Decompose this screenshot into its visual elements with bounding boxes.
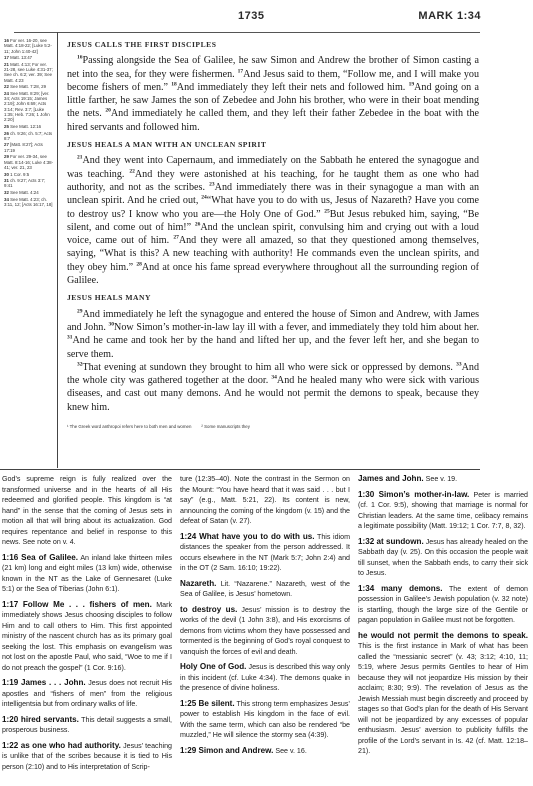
study-note: 1:34 many demons. The extent of demon po… — [358, 584, 528, 626]
verse-text: Now Simon’s mother-in-law lay ill with a… — [114, 322, 479, 333]
cross-reference-verse: 32 — [4, 190, 9, 195]
cross-reference: 16 For ver. 16-20, see Matt. 4:18-22; [L… — [4, 38, 54, 54]
study-notes-column: James and John. See v. 19.1:30 Simon’s m… — [358, 474, 528, 777]
study-note: 1:29 Simon and Andrew. See v. 16. — [180, 746, 350, 757]
study-note-body: ture (12:35–40). Note the contrast in th… — [180, 475, 350, 525]
cross-reference-text: Matt. 4:13; For ver. 21-28, see Luke 4:3… — [4, 62, 53, 83]
cross-reference-text: 1 Cor. 9:5 — [10, 172, 29, 177]
verse-text: That evening at sundown they brought to … — [83, 362, 457, 373]
study-note-heading: 1:22 as one who had authority. — [2, 741, 121, 750]
study-note-heading: 1:17 Follow Me . . . fishers of men. — [2, 600, 152, 609]
scripture-paragraph: 21And they went into Capernaum, and imme… — [67, 154, 479, 287]
study-note-body: God’s supreme reign is fully realized ov… — [2, 475, 172, 546]
study-note-heading: 1:32 at sundown. — [358, 537, 424, 546]
cross-reference: 30 1 Cor. 9:5 — [4, 172, 54, 177]
cross-reference-text: See Matt. 12:16 — [10, 124, 41, 129]
scripture-paragraph: 16Passing alongside the Sea of Galilee, … — [67, 54, 479, 134]
cross-reference: 22 See Matt. 7:28, 29 — [4, 84, 54, 89]
cross-reference-text: For ver. 16-20, see Matt. 4:18-22; [Luke… — [4, 38, 52, 54]
study-note-body: Mark immediately shows Jesus choosing di… — [2, 601, 172, 672]
cross-reference: 17 Matt. 13:47 — [4, 55, 54, 60]
study-note: Nazareth. Lit. “Nazarene.” Nazareth, wes… — [180, 579, 350, 600]
footnote: ¹ The Greek word anthropoi refers here t… — [67, 424, 191, 429]
study-note: James and John. See v. 19. — [358, 474, 528, 485]
study-note-heading: 1:24 What have you to do with us. — [180, 532, 315, 541]
scripture-paragraph: 29And immediately he left the synagogue … — [67, 308, 479, 361]
cross-reference-verse: 25 — [4, 124, 9, 129]
study-note-heading: 1:30 Simon’s mother-in-law. — [358, 490, 469, 499]
study-note: God’s supreme reign is fully realized ov… — [2, 474, 172, 548]
study-note: 1:24 What have you to do with us. This i… — [180, 532, 350, 574]
cross-reference: 21 Matt. 4:13; For ver. 21-28, see Luke … — [4, 62, 54, 83]
page-number: 1735 — [238, 10, 264, 22]
cross-reference: 29 For ver. 29-34, see Matt. 8:14-16; Lu… — [4, 154, 54, 170]
cross-reference-text: ch. 9:26; ch. 5:7; Acts 8:7 — [4, 131, 52, 141]
scripture-text: Jesus Calls the First Disciples16Passing… — [67, 36, 479, 433]
cross-reference-text: See Matt. 8:29; [ver. 34; Acts 19:15; Ja… — [4, 91, 50, 122]
study-note: Holy One of God. Jesus is described this… — [180, 662, 350, 694]
cross-reference: 24 See Matt. 8:29; [ver. 34; Acts 19:15;… — [4, 91, 54, 123]
cross-reference-verse: 22 — [4, 84, 9, 89]
study-note-body: See v. 19. — [424, 475, 457, 483]
section-heading: Jesus Calls the First Disciples — [67, 38, 479, 51]
cross-reference: 31 ch. 9:27; Acts 3:7; 9:41 — [4, 178, 54, 189]
study-note-heading: 1:19 James . . . John. — [2, 678, 86, 687]
study-notes-column: God’s supreme reign is fully realized ov… — [2, 474, 172, 777]
study-note-heading: to destroy us. — [180, 605, 237, 614]
cross-reference-text: See Matt. 4:24 — [10, 190, 39, 195]
study-note-body: This is the first instance in Mark of wh… — [358, 642, 528, 755]
cross-reference-verse: 34 — [4, 197, 9, 202]
study-note: 1:25 Be silent. This strong term emphasi… — [180, 699, 350, 741]
study-notes-rule — [0, 469, 480, 470]
study-note: 1:32 at sundown. Jesus has already heale… — [358, 537, 528, 579]
study-note-heading: 1:16 Sea of Galilee. — [2, 553, 78, 562]
footnote: ² Some manuscripts they — [201, 424, 250, 429]
cross-reference-verse: 29 — [4, 154, 9, 159]
study-note: he would not permit the demons to speak.… — [358, 631, 528, 757]
study-note: ture (12:35–40). Note the contrast in th… — [180, 474, 350, 527]
study-note: 1:30 Simon’s mother-in-law. Peter is mar… — [358, 490, 528, 532]
study-note: to destroy us. Jesus’ mission is to dest… — [180, 605, 350, 658]
section-heading: Jesus Heals Many — [67, 291, 479, 304]
study-notes: God’s supreme reign is fully realized ov… — [2, 474, 533, 777]
cross-reference: 27 [Matt. 8:27]; Acts 17:19 — [4, 142, 54, 153]
margin-divider — [57, 32, 58, 468]
verse-text: And immediately they left their nets and… — [177, 82, 409, 93]
cross-reference: 26 ch. 9:26; ch. 5:7; Acts 8:7 — [4, 131, 54, 142]
cross-reference-verse: 30 — [4, 172, 9, 177]
study-note-heading: 1:29 Simon and Andrew. — [180, 746, 273, 755]
study-note-heading: he would not permit the demons to speak. — [358, 631, 528, 640]
section-heading: Jesus Heals a Man with an Unclean Spirit — [67, 138, 479, 151]
cross-reference-text: Matt. 13:47 — [10, 55, 32, 60]
footnotes: ¹ The Greek word anthropoi refers here t… — [67, 420, 479, 433]
cross-reference: 34 See Matt. 4:23; ch. 3:11, 12; [Acts 1… — [4, 197, 54, 208]
cross-reference-text: For ver. 29-34, see Matt. 8:14-16; Luke … — [4, 154, 53, 170]
study-note-heading: 1:25 Be silent. — [180, 699, 235, 708]
cross-reference: 32 See Matt. 4:24 — [4, 190, 54, 195]
study-note-heading: James and John. — [358, 474, 424, 483]
cross-reference-text: ch. 9:27; Acts 3:7; 9:41 — [4, 178, 45, 188]
cross-reference-text: See Matt. 4:23; ch. 3:11, 12; [Acts 16:1… — [4, 197, 53, 207]
study-note: 1:20 hired servants. This detail suggest… — [2, 715, 172, 736]
cross-reference-column: 16 For ver. 16-20, see Matt. 4:18-22; [L… — [4, 38, 54, 208]
study-notes-column: ture (12:35–40). Note the contrast in th… — [180, 474, 350, 777]
study-note-body: See v. 16. — [273, 747, 306, 755]
page-header: 1735 MARK 1:34 — [0, 0, 533, 34]
cross-reference-verse: 26 — [4, 131, 9, 136]
cross-reference-verse: 21 — [4, 62, 9, 67]
study-note-heading: 1:20 hired servants. — [2, 715, 79, 724]
study-note: 1:17 Follow Me . . . fishers of men. Mar… — [2, 600, 172, 674]
cross-reference-text: [Matt. 8:27]; Acts 17:19 — [4, 142, 43, 152]
study-note: 1:19 James . . . John. Jesus does not re… — [2, 678, 172, 710]
study-note-heading: Holy One of God. — [180, 662, 246, 671]
scripture-paragraph: 32That evening at sundown they brought t… — [67, 361, 479, 414]
cross-reference-verse: 31 — [4, 178, 9, 183]
cross-reference-text: See Matt. 7:28, 29 — [10, 84, 46, 89]
cross-reference-verse: 27 — [4, 142, 9, 147]
verse-text: And he came and took her by the hand and… — [67, 335, 479, 359]
cross-reference-verse: 24 — [4, 91, 9, 96]
study-note: 1:16 Sea of Galilee. An inland lake thir… — [2, 553, 172, 595]
cross-reference-verse: 17 — [4, 55, 9, 60]
study-note: 1:22 as one who had authority. Jesus’ te… — [2, 741, 172, 773]
verse-text: And immediately he called them, and they… — [67, 108, 479, 132]
study-note-heading: Nazareth. — [180, 579, 216, 588]
header-rule — [14, 32, 480, 33]
running-head: MARK 1:34 — [418, 10, 481, 22]
cross-reference-verse: 16 — [4, 38, 9, 43]
study-note-heading: 1:34 many demons. — [358, 584, 442, 593]
cross-reference: 25 See Matt. 12:16 — [4, 124, 54, 129]
